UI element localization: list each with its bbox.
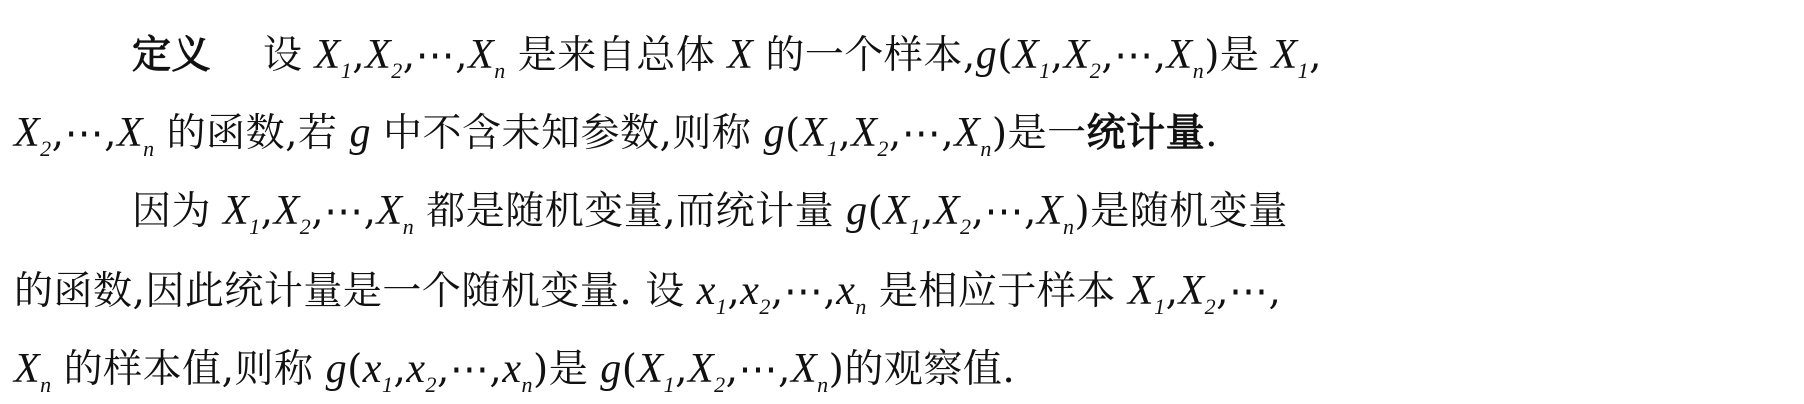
math-func: g [763, 110, 785, 156]
math-var: X [468, 32, 494, 78]
comma: , [771, 269, 784, 314]
paren: ( [622, 347, 638, 392]
math-func: g [600, 346, 622, 392]
subscript: n [980, 136, 992, 161]
text: 的函数,因此统计量是一个随机变量. 设 [14, 269, 685, 314]
math-var: X [801, 110, 827, 156]
math-var: X [1271, 32, 1297, 78]
subscript: 1 [1154, 294, 1166, 319]
comma: , [941, 111, 954, 156]
subscript: n [1063, 214, 1075, 239]
comma: , [889, 111, 902, 156]
text: 的观察值. [844, 347, 1015, 392]
math-var: X [274, 188, 300, 234]
subscript: 1 [249, 214, 261, 239]
subscript: 2 [426, 372, 438, 397]
comma: , [1216, 269, 1229, 314]
comma: , [726, 347, 739, 392]
comma: , [403, 33, 416, 78]
subscript: 2 [877, 136, 889, 161]
ellipsis: ⋯ [902, 111, 942, 156]
paragraph2-line-3: Xn的样本值,则称g(x1,x2,⋯,xn)是g(X1,X2,⋯,Xn)的观察值… [14, 330, 1015, 404]
subscript: 2 [759, 294, 771, 319]
comma: , [437, 347, 450, 392]
math-var: X [377, 188, 403, 234]
paren: ( [785, 111, 801, 156]
comma: , [1051, 33, 1064, 78]
ellipsis: ⋯ [65, 111, 105, 156]
comma: , [52, 111, 65, 156]
comma: , [1154, 33, 1167, 78]
comma: , [1309, 33, 1322, 78]
paren: ) [992, 111, 1008, 156]
math-var: x [740, 268, 759, 314]
math-var: X [1128, 268, 1154, 314]
comma: , [838, 111, 851, 156]
paren: ( [868, 189, 884, 234]
math-var: X [223, 188, 249, 234]
text: 的函数,若 [167, 111, 338, 156]
paren: ) [1075, 189, 1091, 234]
comma: , [104, 111, 117, 156]
math-var: X [1167, 32, 1193, 78]
subscript: 1 [664, 372, 676, 397]
subscript: 1 [716, 294, 728, 319]
ellipsis: ⋯ [784, 269, 824, 314]
paren: ) [533, 347, 549, 392]
text: 是相应于样本 [879, 269, 1116, 314]
text: 的一个样本, [765, 33, 975, 78]
math-var: X [117, 110, 143, 156]
ellipsis: ⋯ [1229, 269, 1269, 314]
math-var: x [502, 346, 521, 392]
comma: , [489, 347, 502, 392]
comma: , [972, 189, 985, 234]
text: 的样本值,则称 [64, 347, 314, 392]
text: 是随机变量 [1090, 189, 1288, 234]
comma: , [921, 189, 934, 234]
comma: , [455, 33, 468, 78]
subscript: n [494, 58, 506, 83]
subscript: 2 [1090, 58, 1102, 83]
ellipsis: ⋯ [324, 189, 364, 234]
text: 是来自总体 [518, 33, 716, 78]
comma: , [364, 189, 377, 234]
subscript: n [1193, 58, 1205, 83]
subscript: n [403, 214, 415, 239]
comma: , [778, 347, 791, 392]
definition-label: 定义 [132, 33, 211, 78]
comma: , [727, 269, 740, 314]
math-var: x [697, 268, 716, 314]
subscript: 2 [1205, 294, 1217, 319]
math-var: x [406, 346, 425, 392]
subscript: n [817, 372, 829, 397]
paragraph2-line-1: 因为X1,X2,⋯,Xn都是随机变量,而统计量g(X1,X2,⋯,Xn)是随机变… [132, 172, 1288, 250]
comma: , [393, 347, 406, 392]
math-var: X [365, 32, 391, 78]
paren: ) [1204, 33, 1220, 78]
math-func: g [846, 188, 868, 234]
term-statistic: 统计量 [1087, 111, 1206, 156]
math-var: X [791, 346, 817, 392]
subscript: n [143, 136, 155, 161]
definition-line-1: 定义设X1,X2,⋯,Xn是来自总体X的一个样本,g(X1,X2,⋯,Xn)是X… [132, 16, 1322, 94]
math-var: X [727, 32, 753, 78]
paren: ( [347, 347, 363, 392]
math-var: x [363, 346, 382, 392]
period: . [1205, 111, 1218, 156]
subscript: 2 [40, 136, 52, 161]
math-var: X [14, 346, 40, 392]
subscript: n [521, 372, 533, 397]
subscript: 2 [391, 58, 403, 83]
subscript: 1 [909, 214, 921, 239]
subscript: 1 [382, 372, 394, 397]
subscript: n [855, 294, 867, 319]
math-var: X [1013, 32, 1039, 78]
math-var: X [851, 110, 877, 156]
comma: , [1024, 189, 1037, 234]
subscript: 1 [341, 58, 353, 83]
ellipsis: ⋯ [739, 347, 779, 392]
math-var: X [1037, 188, 1063, 234]
math-var: X [688, 346, 714, 392]
ellipsis: ⋯ [984, 189, 1024, 234]
math-var: x [836, 268, 855, 314]
subscript: 1 [1039, 58, 1051, 83]
comma: , [1166, 269, 1179, 314]
text: 因为 [132, 189, 211, 234]
math-var: X [883, 188, 909, 234]
math-var: X [1064, 32, 1090, 78]
math-func: g [326, 346, 348, 392]
subscript: n [40, 372, 52, 397]
subscript: 2 [300, 214, 312, 239]
paren: ) [829, 347, 845, 392]
comma: , [311, 189, 324, 234]
math-func: g [350, 110, 372, 156]
ellipsis: ⋯ [416, 33, 456, 78]
paren: ( [997, 33, 1013, 78]
text: 是一 [1008, 111, 1087, 156]
text: 是 [549, 347, 589, 392]
text: 中不含未知参数,则称 [383, 111, 751, 156]
comma: , [1269, 269, 1282, 314]
text: 是 [1220, 33, 1260, 78]
comma: , [352, 33, 365, 78]
ellipsis: ⋯ [1114, 33, 1154, 78]
text: 都是随机变量,而统计量 [426, 189, 834, 234]
paragraph2-line-2: 的函数,因此统计量是一个随机变量. 设x1,x2,⋯,xn是相应于样本X1,X2… [14, 252, 1281, 330]
math-var: X [934, 188, 960, 234]
ellipsis: ⋯ [450, 347, 490, 392]
subscript: 2 [714, 372, 726, 397]
math-var: X [954, 110, 980, 156]
math-func: g [976, 32, 998, 78]
math-var: X [315, 32, 341, 78]
comma: , [675, 347, 688, 392]
subscript: 2 [960, 214, 972, 239]
subscript: 1 [827, 136, 839, 161]
comma: , [1101, 33, 1114, 78]
math-var: X [14, 110, 40, 156]
math-var: X [1178, 268, 1204, 314]
comma: , [261, 189, 274, 234]
text: 设 [263, 33, 303, 78]
subscript: 1 [1298, 58, 1310, 83]
definition-line-2: X2,⋯,Xn的函数,若g中不含未知参数,则称g(X1,X2,⋯,Xn)是一统计… [14, 94, 1218, 172]
comma: , [823, 269, 836, 314]
math-var: X [637, 346, 663, 392]
